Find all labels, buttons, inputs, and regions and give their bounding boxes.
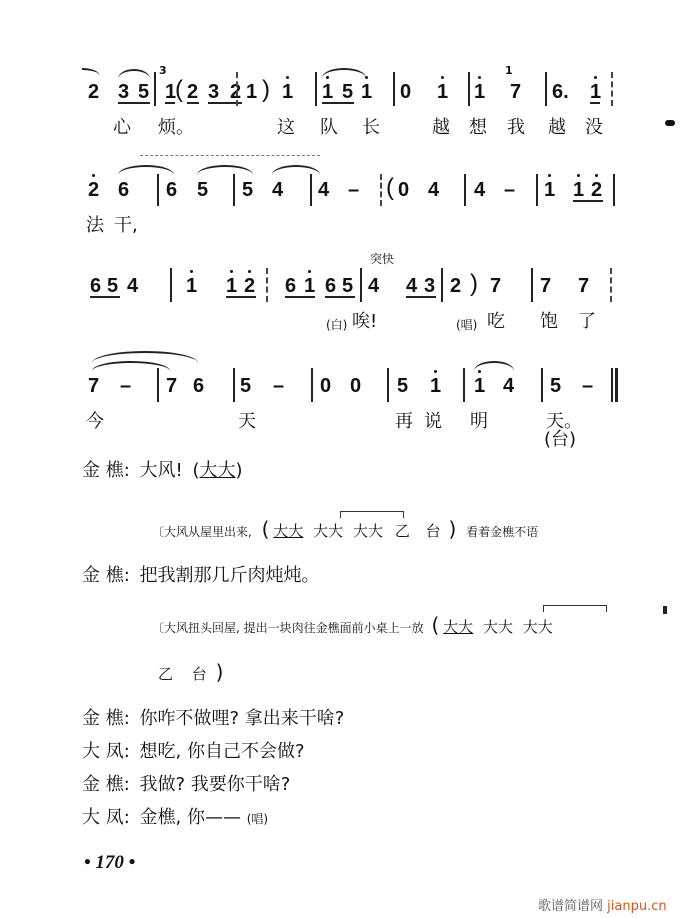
note: 5 [138,82,149,102]
speech: 你咋不做哩? 拿出来干啥? [140,708,345,729]
lyric: 长 [362,118,380,138]
lyric: 我 [507,118,525,138]
speech: 金樵, 你—— [140,807,241,828]
lyric: 越 [548,118,566,138]
bracket [543,605,607,612]
note: 7 [540,276,551,296]
speaker: 金 樵: [82,565,130,586]
barline [157,174,159,206]
note: 4 [428,180,439,200]
slur [322,68,366,78]
note: 7 [490,276,501,296]
lyric: 明 [470,412,488,432]
watermark-cn: 歌谱简谱网 [538,899,603,914]
note: 3 [424,276,435,296]
octave-dot [577,174,580,177]
octave-dot [595,174,598,177]
note: 0 [398,180,409,200]
underline [590,102,600,104]
underline [165,102,175,104]
stage-direction: 〔大风扭头回屋, 提出一块肉往金樵面前小桌上一放 ( 大大 大大 大大 [152,617,553,636]
note: 1 [226,276,237,296]
spoken-text: 唉! [352,312,377,332]
note: 6 [325,276,336,296]
octave-dot [434,370,437,373]
barline [613,174,615,206]
percussion: 大大 [313,522,343,540]
barline [311,368,313,402]
note: 5 [397,376,408,396]
barline [464,174,466,206]
percussion: 乙 [395,522,410,540]
speaker: 大 凤: [82,807,130,828]
dialogue-line: 金 樵: 大风! (大大) [82,460,243,482]
margin-mark [665,120,675,126]
octave-dot [594,76,597,79]
sung-mark: (唱) [247,812,268,826]
note: 7 [166,376,177,396]
octave-dot [308,270,311,273]
underline [187,102,199,104]
note: 1 [437,82,448,102]
note: 1 [246,82,257,102]
note: 0 [350,376,361,396]
note: 3 [118,82,129,102]
stage-text: 〔大风从屋里出来, [152,525,252,539]
note: 6 [90,276,101,296]
octave-dot [248,270,251,273]
lyric: 想 [469,118,487,138]
note: 4 [406,276,417,296]
lyric: 法 [86,216,104,236]
slur [118,69,150,79]
dashed-barline [611,72,615,106]
dash: – [582,376,593,396]
barline [233,174,235,206]
dialogue-line: 金 樵: 把我割那几斤肉炖炖。 [82,565,320,587]
final-barline-thin [611,368,613,402]
note: 1 [590,82,601,102]
underline [285,296,315,298]
note: 1 [186,276,197,296]
percussion: 台 [192,665,207,683]
paren-open: ( [386,178,394,198]
note: 4 [318,180,329,200]
note: 5 [197,180,208,200]
dash: – [120,376,131,396]
dash: – [273,376,284,396]
dash: – [348,180,359,200]
dialogue-line: 大 凤: 想吃, 你自己不会做? [82,741,305,763]
note: 2 [244,276,255,296]
slur [82,68,100,76]
margin-mark [663,606,667,614]
note: 6. [552,82,569,102]
paren-close: ) [470,274,478,294]
lyric: 说 [424,412,442,432]
barline [531,268,533,302]
speaker: 金 樵: [82,708,130,729]
note: 4 [127,276,138,296]
octave-dot [190,270,193,273]
dialogue-line: 金 樵: 你咋不做哩? 拿出来干啥? [82,708,344,730]
barline [541,368,543,402]
note: 2 [88,180,99,200]
bracket [340,511,404,518]
note: 6 [193,376,204,396]
speech: 把我割那几斤肉炖炖。 [140,565,320,586]
note: 2 [88,82,99,102]
barline [315,72,317,106]
barline [536,174,538,206]
note: 1 [282,82,293,102]
lyric: 了 [578,312,596,332]
note: 5 [342,82,353,102]
barline [393,72,395,106]
note: 6 [118,180,129,200]
tempo-mark: 突快 [370,250,394,267]
dashed-barline [236,72,240,106]
note: 0 [400,82,411,102]
percussion: 大大 [483,618,513,636]
spoken-mark: (白) [326,316,347,333]
percussion: 大大 [523,618,553,636]
final-barline-thick [615,368,618,402]
paren-open: ( [175,80,183,100]
slur [118,165,174,175]
octave-dot [230,270,233,273]
note: 4 [474,180,485,200]
barline [233,368,235,402]
stage-text-after: 看着金樵不语 [466,525,538,539]
note: 2 [187,82,198,102]
slur [474,361,514,371]
speech: 我做? 我要你干啥? [140,774,291,795]
barline [545,72,547,106]
lyric: 再 [395,412,413,432]
lyric: 越 [432,118,450,138]
grace-note: 3 [159,64,167,77]
octave-dot [478,76,481,79]
lyric: 没 [585,118,603,138]
lyric: 队 [320,118,338,138]
barline [468,72,470,106]
note: 1 [361,82,372,102]
stage-text: 〔大风扭头回屋, 提出一块肉往金樵面前小桌上一放 [152,621,424,635]
octave-dot [286,76,289,79]
barline [360,268,362,302]
note: 5 [342,276,353,296]
note: 1 [573,180,584,200]
note: 0 [320,376,331,396]
dashed-barline [266,268,270,302]
note: 1 [304,276,315,296]
note: 1 [322,82,333,102]
speaker: 金 樵: [82,460,130,481]
percussion: 乙 [158,665,173,683]
underline [226,296,256,298]
barline [310,174,312,206]
note: 7 [510,82,521,102]
lyric: 这 [277,118,295,138]
paren-close: ) [262,80,270,100]
speech: 大风! [140,460,183,481]
barline [157,368,159,402]
barline [463,368,465,402]
ensemble-mark: (台) [544,430,576,450]
lyric: 饱 [540,312,558,332]
dash: – [504,180,515,200]
note: 2 [591,180,602,200]
octave-dot [548,174,551,177]
barline [387,368,389,402]
stage-direction-cont: 乙 台 ) [158,664,223,682]
watermark-site[interactable]: jianpu.cn [607,899,666,914]
note: 5 [107,276,118,296]
note: 7 [578,276,589,296]
note: 1 [430,376,441,396]
underline [573,200,603,202]
lyric: 天 [238,412,256,432]
underline [90,296,120,298]
grace-note: 1 [505,64,513,77]
barline [441,268,443,302]
note: 5 [240,376,251,396]
dialogue-line: 大 凤: 金樵, 你—— (唱) [82,807,268,830]
note: 5 [550,376,561,396]
slur [272,165,320,175]
percussion: 大大 [443,618,473,636]
page-number: • 170 • [84,852,135,874]
note: 5 [242,180,253,200]
percussion: 大大 [353,522,383,540]
octave-dot [441,76,444,79]
dashed-barline [610,268,614,302]
note: 4 [368,276,379,296]
lyric: 心 [113,118,131,138]
note: 6 [166,180,177,200]
tie-line [140,155,320,156]
lyric: 今 [86,412,104,432]
underline [325,296,355,298]
speaker: 大 凤: [82,741,130,762]
stage-direction: 〔大风从屋里出来, ( 大大 大大 大大 乙 台 ) 看着金樵不语 [152,521,538,540]
note: 7 [88,376,99,396]
note: 3 [208,82,219,102]
note: 1 [544,180,555,200]
sung-mark: (唱) [456,316,477,333]
dashed-barline [380,174,384,206]
note: 6 [285,276,296,296]
underline [118,102,150,104]
note: 1 [474,82,485,102]
percussion: 大大 [200,460,236,481]
percussion: 大大 [273,522,303,540]
slur [197,165,253,175]
speaker: 金 樵: [82,774,130,795]
speech: 想吃, 你自己不会做? [140,741,305,762]
barline [170,268,172,302]
lyric: 干, [114,216,138,236]
note: 4 [503,376,514,396]
percussion: 台 [426,522,441,540]
underline [406,296,436,298]
octave-dot [92,174,95,177]
lyric: 烦。 [158,118,194,138]
note: 2 [450,276,461,296]
underline [322,102,354,104]
barline [154,72,156,106]
note: 4 [272,180,283,200]
lyric: 吃 [487,312,505,332]
note: 1 [474,376,485,396]
watermark: 歌谱简谱网 jianpu.cn [538,895,667,914]
dialogue-line: 金 樵: 我做? 我要你干啥? [82,774,290,796]
